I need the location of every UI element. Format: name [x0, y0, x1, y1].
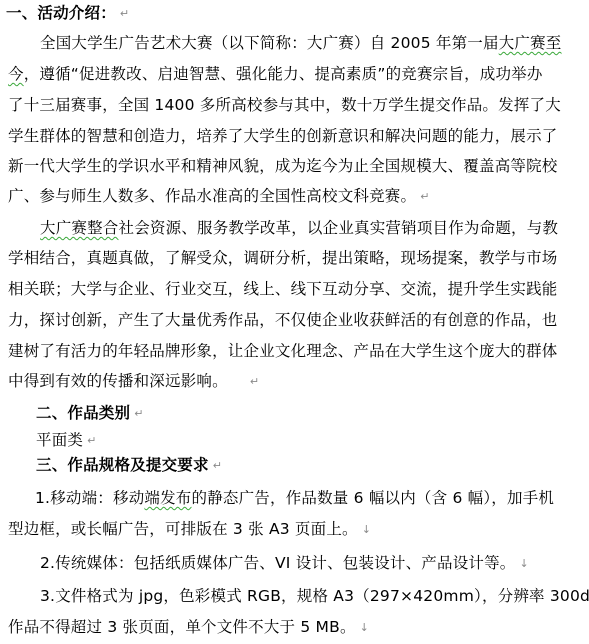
- list-item-line: 作品不得超过 3 张页面，单个文件不大于 5 MB。↓: [8, 617, 369, 637]
- paragraph-line: 相关联；大学与企业、行业交互，线上、线下互动分享、交流，提升学生实践能: [8, 279, 558, 299]
- text-run: 社会资源、服务教学改革，以企业真实营销项目作为命题，与教: [119, 219, 559, 237]
- text-run: 中得到有效的传播和深远影响。: [8, 372, 228, 390]
- paragraph-line: 学相结合，真题真做，了解受众，调研分析，提出策略，现场提案，教学与市场: [8, 248, 558, 268]
- paragraph-line: 新一代大学生的学识水平和精神风貌，成为迄今为止全国规模大、覆盖高等院校: [8, 156, 558, 176]
- paragraph-line: 学生群体的智慧和创造力，培养了大学生的创新意识和解决问题的能力，展示了: [8, 126, 558, 146]
- text-run: 广、参与师生人数多、作品水准高的全国性高校文科竞赛。: [8, 187, 416, 205]
- heading-text: 一、活动介绍：: [6, 4, 116, 22]
- line-break-icon: ↓: [362, 523, 371, 536]
- paragraph-mark-icon: ↵: [134, 407, 143, 420]
- spellcheck-underline[interactable]: 大广赛整合: [40, 219, 119, 237]
- paragraph-line: 广、参与师生人数多、作品水准高的全国性高校文科竞赛。↵: [8, 186, 430, 206]
- paragraph-line: 建树了有活力的年轻品牌形象，让企业文化理念、产品在大学生这个庞大的群体: [8, 341, 558, 361]
- spellcheck-underline[interactable]: 今: [8, 65, 24, 83]
- paragraph-mark-icon: ↵: [213, 459, 222, 472]
- paragraph-mark-icon: ↵: [120, 7, 129, 20]
- section-heading-intro: 一、活动介绍：↵: [6, 3, 129, 23]
- line-break-icon: ↓: [360, 621, 369, 634]
- paragraph-mark-icon: ↵: [87, 434, 96, 447]
- paragraph-line: 今，遵循“促进教改、启迪智慧、强化能力、提高素质”的竞赛宗旨，成功举办: [8, 64, 543, 84]
- line-break-icon: ↓: [520, 557, 529, 570]
- text-run: ，遵循“促进教改、启迪智慧、强化能力、提高素质”的竞赛宗旨，成功举办: [24, 65, 543, 83]
- paragraph-mark-icon: ↵: [250, 375, 259, 388]
- paragraph-mark-icon: ↵: [420, 190, 429, 203]
- paragraph-line: 了十三届赛事，全国 1400 多所高校参与其中，数十万学生提交作品。发挥了大: [8, 95, 561, 115]
- paragraph-line: 全国大学生广告艺术大赛（以下简称：大广赛）自 2005 年第一届大广赛至: [40, 33, 562, 53]
- list-item-line: 1.移动端：移动端发布的静态广告，作品数量 6 幅以内（含 6 幅），加手机: [35, 488, 554, 508]
- spellcheck-underline[interactable]: 端发布: [144, 489, 191, 507]
- heading-text: 三、作品规格及提交要求: [36, 456, 209, 474]
- text-run: 1.移动端：移动: [35, 489, 144, 507]
- document-page[interactable]: 一、活动介绍：↵ 全国大学生广告艺术大赛（以下简称：大广赛）自 2005 年第一…: [0, 0, 589, 644]
- section-heading-specs: 三、作品规格及提交要求↵: [36, 455, 222, 475]
- spellcheck-underline[interactable]: 大广赛至: [499, 34, 562, 52]
- list-item-line: 3.文件格式为 jpg，色彩模式 RGB，规格 A3（297×420mm），分辨…: [40, 586, 589, 606]
- paragraph-line: 力，探讨创新，产生了大量优秀作品，不仅使企业收获鲜活的有创意的作品，也: [8, 310, 558, 330]
- paragraph-line: 中得到有效的传播和深远影响。↵: [8, 371, 259, 391]
- text-run: 型边框，或长幅广告，可排版在 3 张 A3 页面上。: [8, 520, 358, 538]
- heading-text: 二、作品类别: [36, 404, 130, 422]
- text-run: 的静态广告，作品数量 6 幅以内（含 6 幅），加手机: [192, 489, 555, 507]
- text-run: 2.传统媒体：包括纸质媒体广告、VI 设计、包装设计、产品设计等。: [40, 554, 516, 572]
- text-run: 平面类: [36, 431, 83, 449]
- paragraph-line: 平面类↵: [36, 430, 97, 450]
- list-item-line: 2.传统媒体：包括纸质媒体广告、VI 设计、包装设计、产品设计等。↓: [40, 553, 529, 573]
- paragraph-line: 大广赛整合社会资源、服务教学改革，以企业真实营销项目作为命题，与教: [40, 218, 558, 238]
- text-run: 全国大学生广告艺术大赛（以下简称：大广赛）自 2005 年第一届: [40, 34, 499, 52]
- section-heading-categories: 二、作品类别↵: [36, 403, 144, 423]
- list-item-line: 型边框，或长幅广告，可排版在 3 张 A3 页面上。↓: [8, 519, 371, 539]
- text-run: 作品不得超过 3 张页面，单个文件不大于 5 MB。: [8, 618, 356, 636]
